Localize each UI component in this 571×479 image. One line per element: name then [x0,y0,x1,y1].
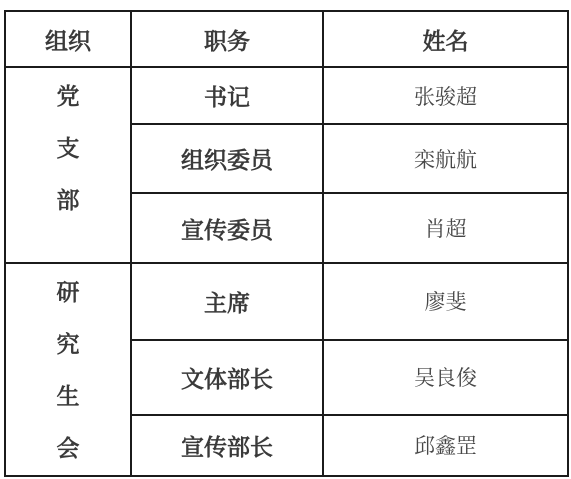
position-cell: 书记 [131,67,323,124]
org-char: 部 [57,175,80,227]
org-char: 生 [57,371,80,423]
position-cell: 宣传委员 [131,193,323,263]
name-cell: 张骏超 [323,67,568,124]
org-char: 党 [57,71,80,123]
org-vertical-text: 党支部 [6,68,130,227]
name-cell: 肖超 [323,193,568,263]
org-vertical-text: 研究生会 [6,264,130,475]
header-org: 组织 [5,11,131,67]
name-cell: 栾航航 [323,124,568,193]
position-cell: 文体部长 [131,340,323,415]
name-cell: 吴良俊 [323,340,568,415]
org-char: 研 [57,267,80,319]
header-position: 职务 [131,11,323,67]
header-name: 姓名 [323,11,568,67]
table-row: 党支部书记张骏超 [5,67,568,124]
table-header: 组织 职务 姓名 [5,11,568,67]
org-roster-table: 组织 职务 姓名 党支部书记张骏超组织委员栾航航宣传委员肖超研究生会主席廖斐文体… [4,10,569,477]
name-cell: 邱鑫罡 [323,415,568,476]
name-cell: 廖斐 [323,263,568,340]
position-cell: 宣传部长 [131,415,323,476]
org-cell: 党支部 [5,67,131,263]
org-cell: 研究生会 [5,263,131,476]
table-row: 研究生会主席廖斐 [5,263,568,340]
position-cell: 主席 [131,263,323,340]
org-char: 究 [57,319,80,371]
org-char: 会 [57,423,80,475]
table-body: 党支部书记张骏超组织委员栾航航宣传委员肖超研究生会主席廖斐文体部长吴良俊宣传部长… [5,67,568,476]
header-row: 组织 职务 姓名 [5,11,568,67]
org-char: 支 [57,123,80,175]
position-cell: 组织委员 [131,124,323,193]
